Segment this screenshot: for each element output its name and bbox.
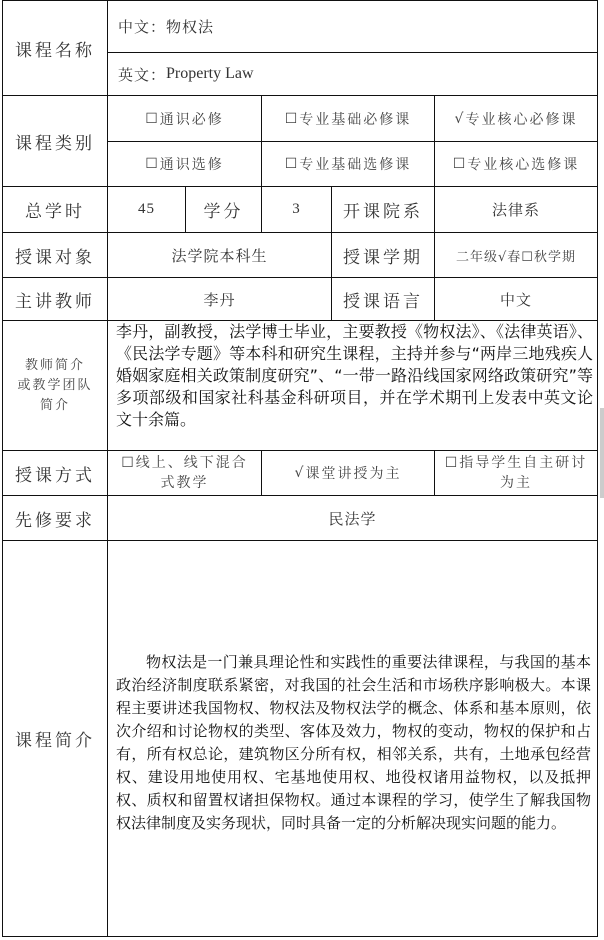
credits-label: 学分 bbox=[185, 186, 262, 233]
method-option-blended[interactable]: ☐线上、线下混合式教学 bbox=[107, 450, 262, 496]
language-label: 授课语言 bbox=[331, 277, 435, 321]
teacher-value: 李丹 bbox=[107, 277, 332, 321]
option-text: 线上、线下混合式教学 bbox=[136, 455, 248, 491]
option-text: 指导学生自主研讨为主 bbox=[459, 455, 587, 491]
course-description-text: 物权法是一门兼具理论性和实践性的重要法律课程，与我国的基本政治经济制度联系紧密，… bbox=[116, 651, 591, 835]
checkbox-icon: ☐ bbox=[145, 156, 160, 172]
label-line: 简介 bbox=[40, 396, 70, 416]
semester-label: 授课学期 bbox=[331, 232, 435, 278]
teacher-label: 主讲教师 bbox=[2, 277, 108, 321]
english-prefix: 英文： bbox=[118, 64, 166, 85]
category-option-core-elective[interactable]: ☐专业核心选修课 bbox=[434, 141, 598, 187]
course-name-english: Property Law bbox=[166, 65, 254, 83]
course-category-label: 课程类别 bbox=[2, 95, 108, 187]
audience-label: 授课对象 bbox=[2, 232, 108, 278]
teacher-intro-label: 教师简介 或教学团队 简介 bbox=[2, 320, 108, 451]
checkbox-icon: ☐ bbox=[453, 156, 468, 172]
checkbox-icon: ☐ bbox=[145, 111, 160, 127]
language-value: 中文 bbox=[434, 277, 598, 321]
course-name-chinese: 中文：物权法 bbox=[107, 0, 598, 53]
total-hours-value: 45 bbox=[107, 186, 186, 233]
course-description-label: 课程简介 bbox=[2, 540, 108, 937]
teaching-method-label: 授课方式 bbox=[2, 450, 108, 496]
credits-value: 3 bbox=[261, 186, 332, 233]
option-text: 课堂讲授为主 bbox=[305, 463, 401, 483]
option-text: 通识选修 bbox=[160, 154, 224, 174]
semester-value: 二年级√春☐秋学期 bbox=[434, 232, 598, 278]
total-hours-label: 总学时 bbox=[2, 186, 108, 233]
checkbox-icon: ☐ bbox=[121, 455, 136, 471]
category-option-foundation-required[interactable]: ☐专业基础必修课 bbox=[261, 95, 435, 142]
checkbox-icon: ☐ bbox=[445, 455, 460, 471]
option-text: 专业核心选修课 bbox=[467, 154, 579, 174]
checkbox-icon: ☐ bbox=[285, 156, 300, 172]
prerequisite-label: 先修要求 bbox=[2, 495, 108, 541]
course-name-english-cell: 英文：Property Law bbox=[107, 52, 598, 96]
category-option-core-required[interactable]: √专业核心必修课 bbox=[434, 95, 598, 142]
course-description-cell: 物权法是一门兼具理论性和实践性的重要法律课程，与我国的基本政治经济制度联系紧密，… bbox=[107, 540, 598, 937]
prerequisite-value: 民法学 bbox=[107, 495, 598, 541]
course-name-label: 课程名称 bbox=[2, 0, 108, 96]
option-text: 通识必修 bbox=[160, 109, 224, 129]
course-info-table: 课程名称 中文：物权法 英文：Property Law 课程类别 ☐通识必修 ☐… bbox=[2, 0, 598, 937]
label-line: 教师简介 bbox=[25, 356, 85, 376]
label-line: 或教学团队 bbox=[17, 376, 92, 396]
audience-value: 法学院本科生 bbox=[107, 232, 332, 278]
category-option-general-required[interactable]: ☐通识必修 bbox=[107, 95, 262, 142]
teacher-intro-text: 李丹，副教授，法学博士毕业，主要教授《物权法》、《法律英语》、《民法学专题》等本… bbox=[107, 320, 598, 451]
page-edge-marker bbox=[600, 408, 604, 498]
department-value: 法律系 bbox=[434, 186, 598, 233]
category-option-foundation-elective[interactable]: ☐专业基础选修课 bbox=[261, 141, 435, 187]
option-text: 专业核心必修课 bbox=[465, 109, 577, 129]
department-label: 开课院系 bbox=[331, 186, 435, 233]
category-option-general-elective[interactable]: ☐通识选修 bbox=[107, 141, 262, 187]
method-option-lecture[interactable]: √课堂讲授为主 bbox=[261, 450, 435, 496]
checkmark-icon: √ bbox=[295, 465, 306, 481]
checkmark-icon: √ bbox=[455, 111, 466, 127]
method-option-self-study[interactable]: ☐指导学生自主研讨为主 bbox=[434, 450, 598, 496]
checkbox-icon: ☐ bbox=[285, 111, 300, 127]
option-text: 专业基础选修课 bbox=[299, 154, 411, 174]
option-text: 专业基础必修课 bbox=[299, 109, 411, 129]
